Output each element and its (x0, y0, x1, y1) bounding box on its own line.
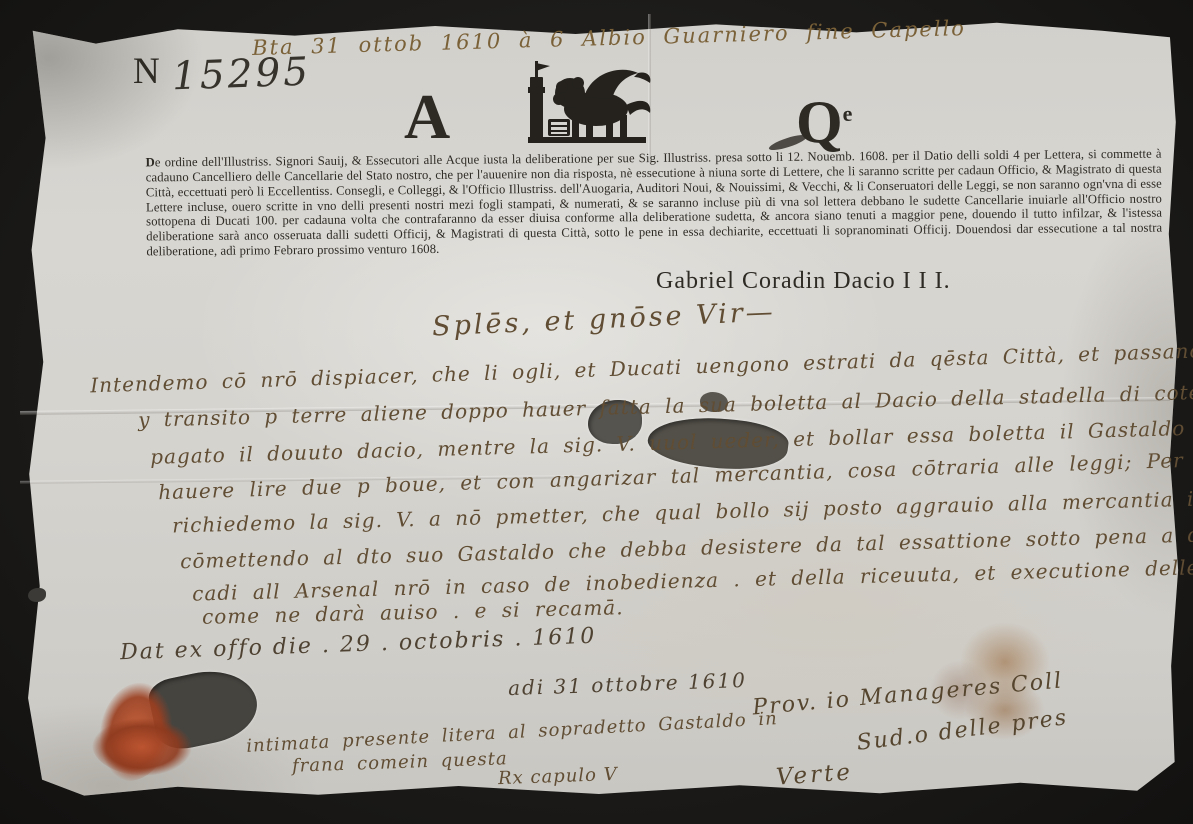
intimation-line: Rx capulo V (498, 764, 618, 789)
lion-of-st-mark-woodcut-icon (526, 57, 660, 150)
registry-prefix: N (133, 50, 160, 93)
printed-signature: Gabriel Coradin Dacio I I I. (656, 268, 951, 295)
decree-paragraph: De ordine dell'Illustriss. Signori Sauij… (146, 147, 1163, 260)
header-initial-q: Qe (796, 88, 852, 157)
header-initial-a: A (404, 80, 450, 154)
q-superscript: e (843, 101, 853, 126)
scanned-document: N 15295 Bta 31 ottob 1610 à 6 Albio Guar… (0, 0, 1193, 824)
verte-note: Verte (775, 759, 854, 790)
